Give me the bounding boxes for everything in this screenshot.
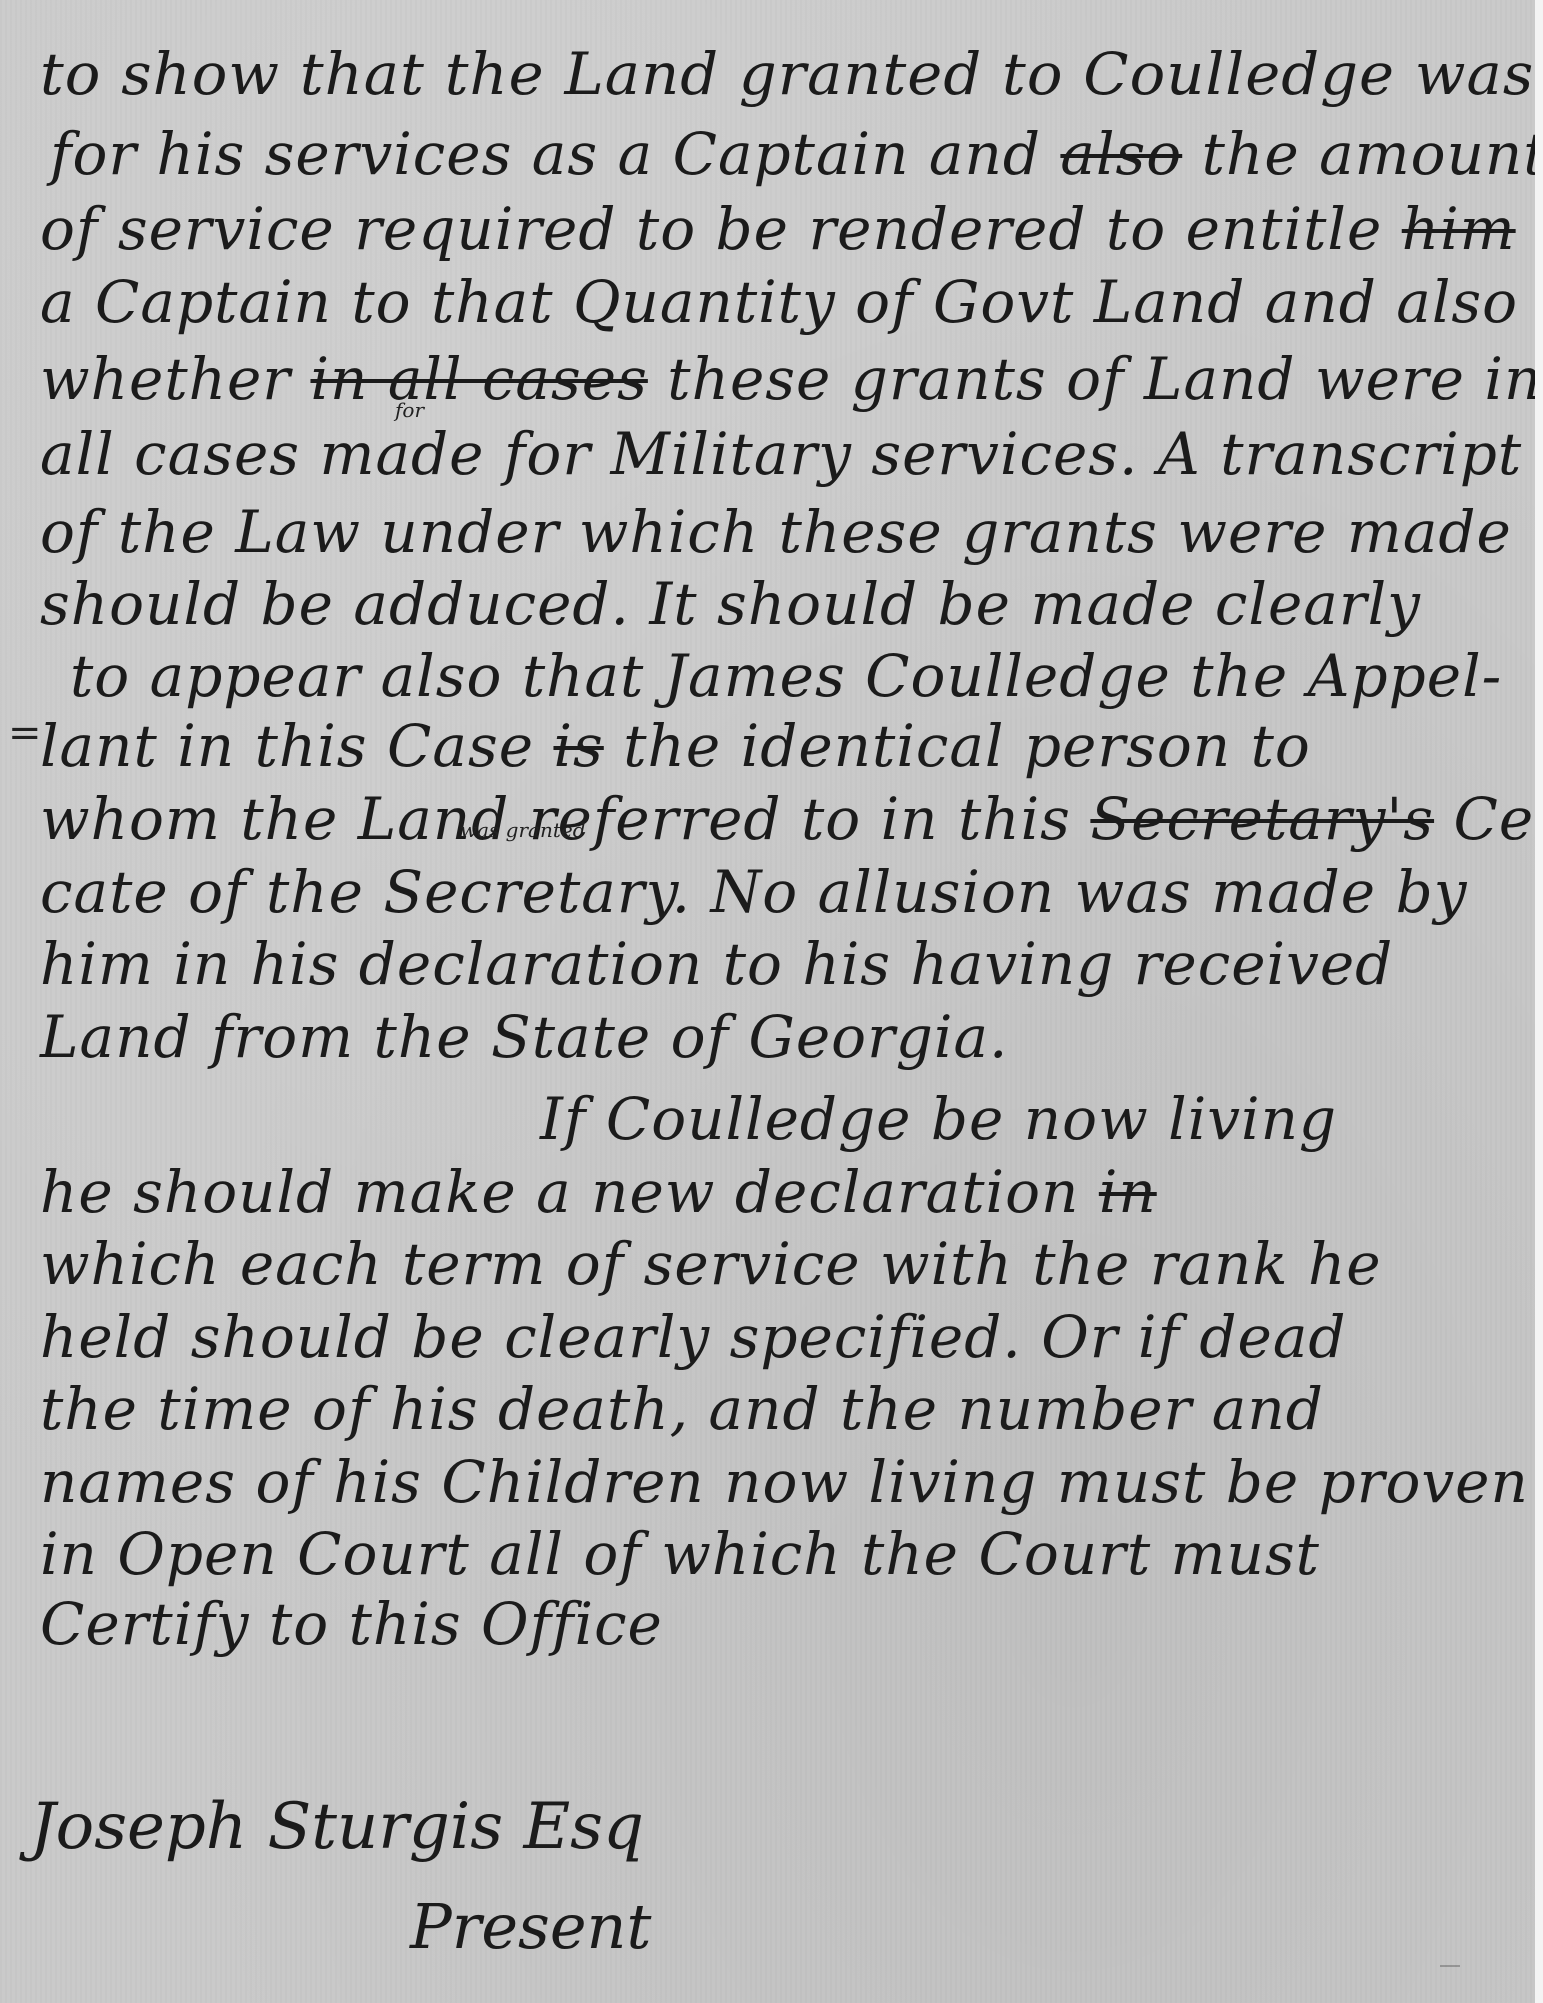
text-line: all cases made for Military services. A … xyxy=(40,420,1522,488)
struck-word: in xyxy=(1099,1158,1157,1226)
text-line: a Captain to that Quantity of Govt Land … xyxy=(40,268,1518,336)
text-line: in Open Court all of which the Court mus… xyxy=(40,1520,1320,1588)
struck-word: in all cases xyxy=(310,345,647,413)
text-line: of the Law under which these grants were… xyxy=(40,498,1512,566)
text-line: to show that the Land granted to Coulled… xyxy=(40,40,1534,108)
struck-word: Secretary's xyxy=(1090,785,1434,853)
insertion-was-granted: was granted xyxy=(460,818,586,842)
text-line: which each term of service with the rank… xyxy=(40,1230,1382,1298)
struck-word: also xyxy=(1060,120,1182,188)
text-line: cate of the Secretary. No allusion was m… xyxy=(40,858,1467,926)
text-line: to appear also that James Coulledge the … xyxy=(70,642,1502,710)
insertion-for: for xyxy=(395,398,424,422)
struck-word: is xyxy=(553,712,603,780)
addressee-status: Present xyxy=(410,1890,651,1963)
text-line: of service required to be rendered to en… xyxy=(40,195,1516,263)
text-line: him in his declaration to his having rec… xyxy=(40,930,1393,998)
bleed-through-mark xyxy=(1440,1965,1460,1967)
text-line: If Coulledge be now living xyxy=(540,1085,1337,1153)
text-line: names of his Children now living must be… xyxy=(40,1448,1529,1516)
text-line: held should be clearly specified. Or if … xyxy=(40,1303,1347,1371)
struck-word: him xyxy=(1402,195,1516,263)
document-page: to show that the Land granted to Coulled… xyxy=(0,0,1535,2003)
text-line: he should make a new declaration in xyxy=(40,1158,1157,1226)
text-line: whether in all cases these grants of Lan… xyxy=(40,345,1542,413)
text-line: lant in this Case is the identical perso… xyxy=(40,712,1311,780)
text-line: the time of his death, and the number an… xyxy=(40,1375,1324,1443)
text-line: Certify to this Office xyxy=(40,1590,663,1658)
scan-border xyxy=(1535,0,1543,2003)
addressee-name: Joseph Sturgis Esq xyxy=(30,1790,644,1864)
text-line: Land from the State of Georgia. xyxy=(40,1003,1009,1071)
text-line: should be adduced. It should be made cle… xyxy=(40,570,1421,638)
text-line: for his services as a Captain and also t… xyxy=(50,120,1543,188)
line-continuation-mark: = xyxy=(8,710,42,756)
text-line: whom the Land referred to in this Secret… xyxy=(40,785,1543,853)
